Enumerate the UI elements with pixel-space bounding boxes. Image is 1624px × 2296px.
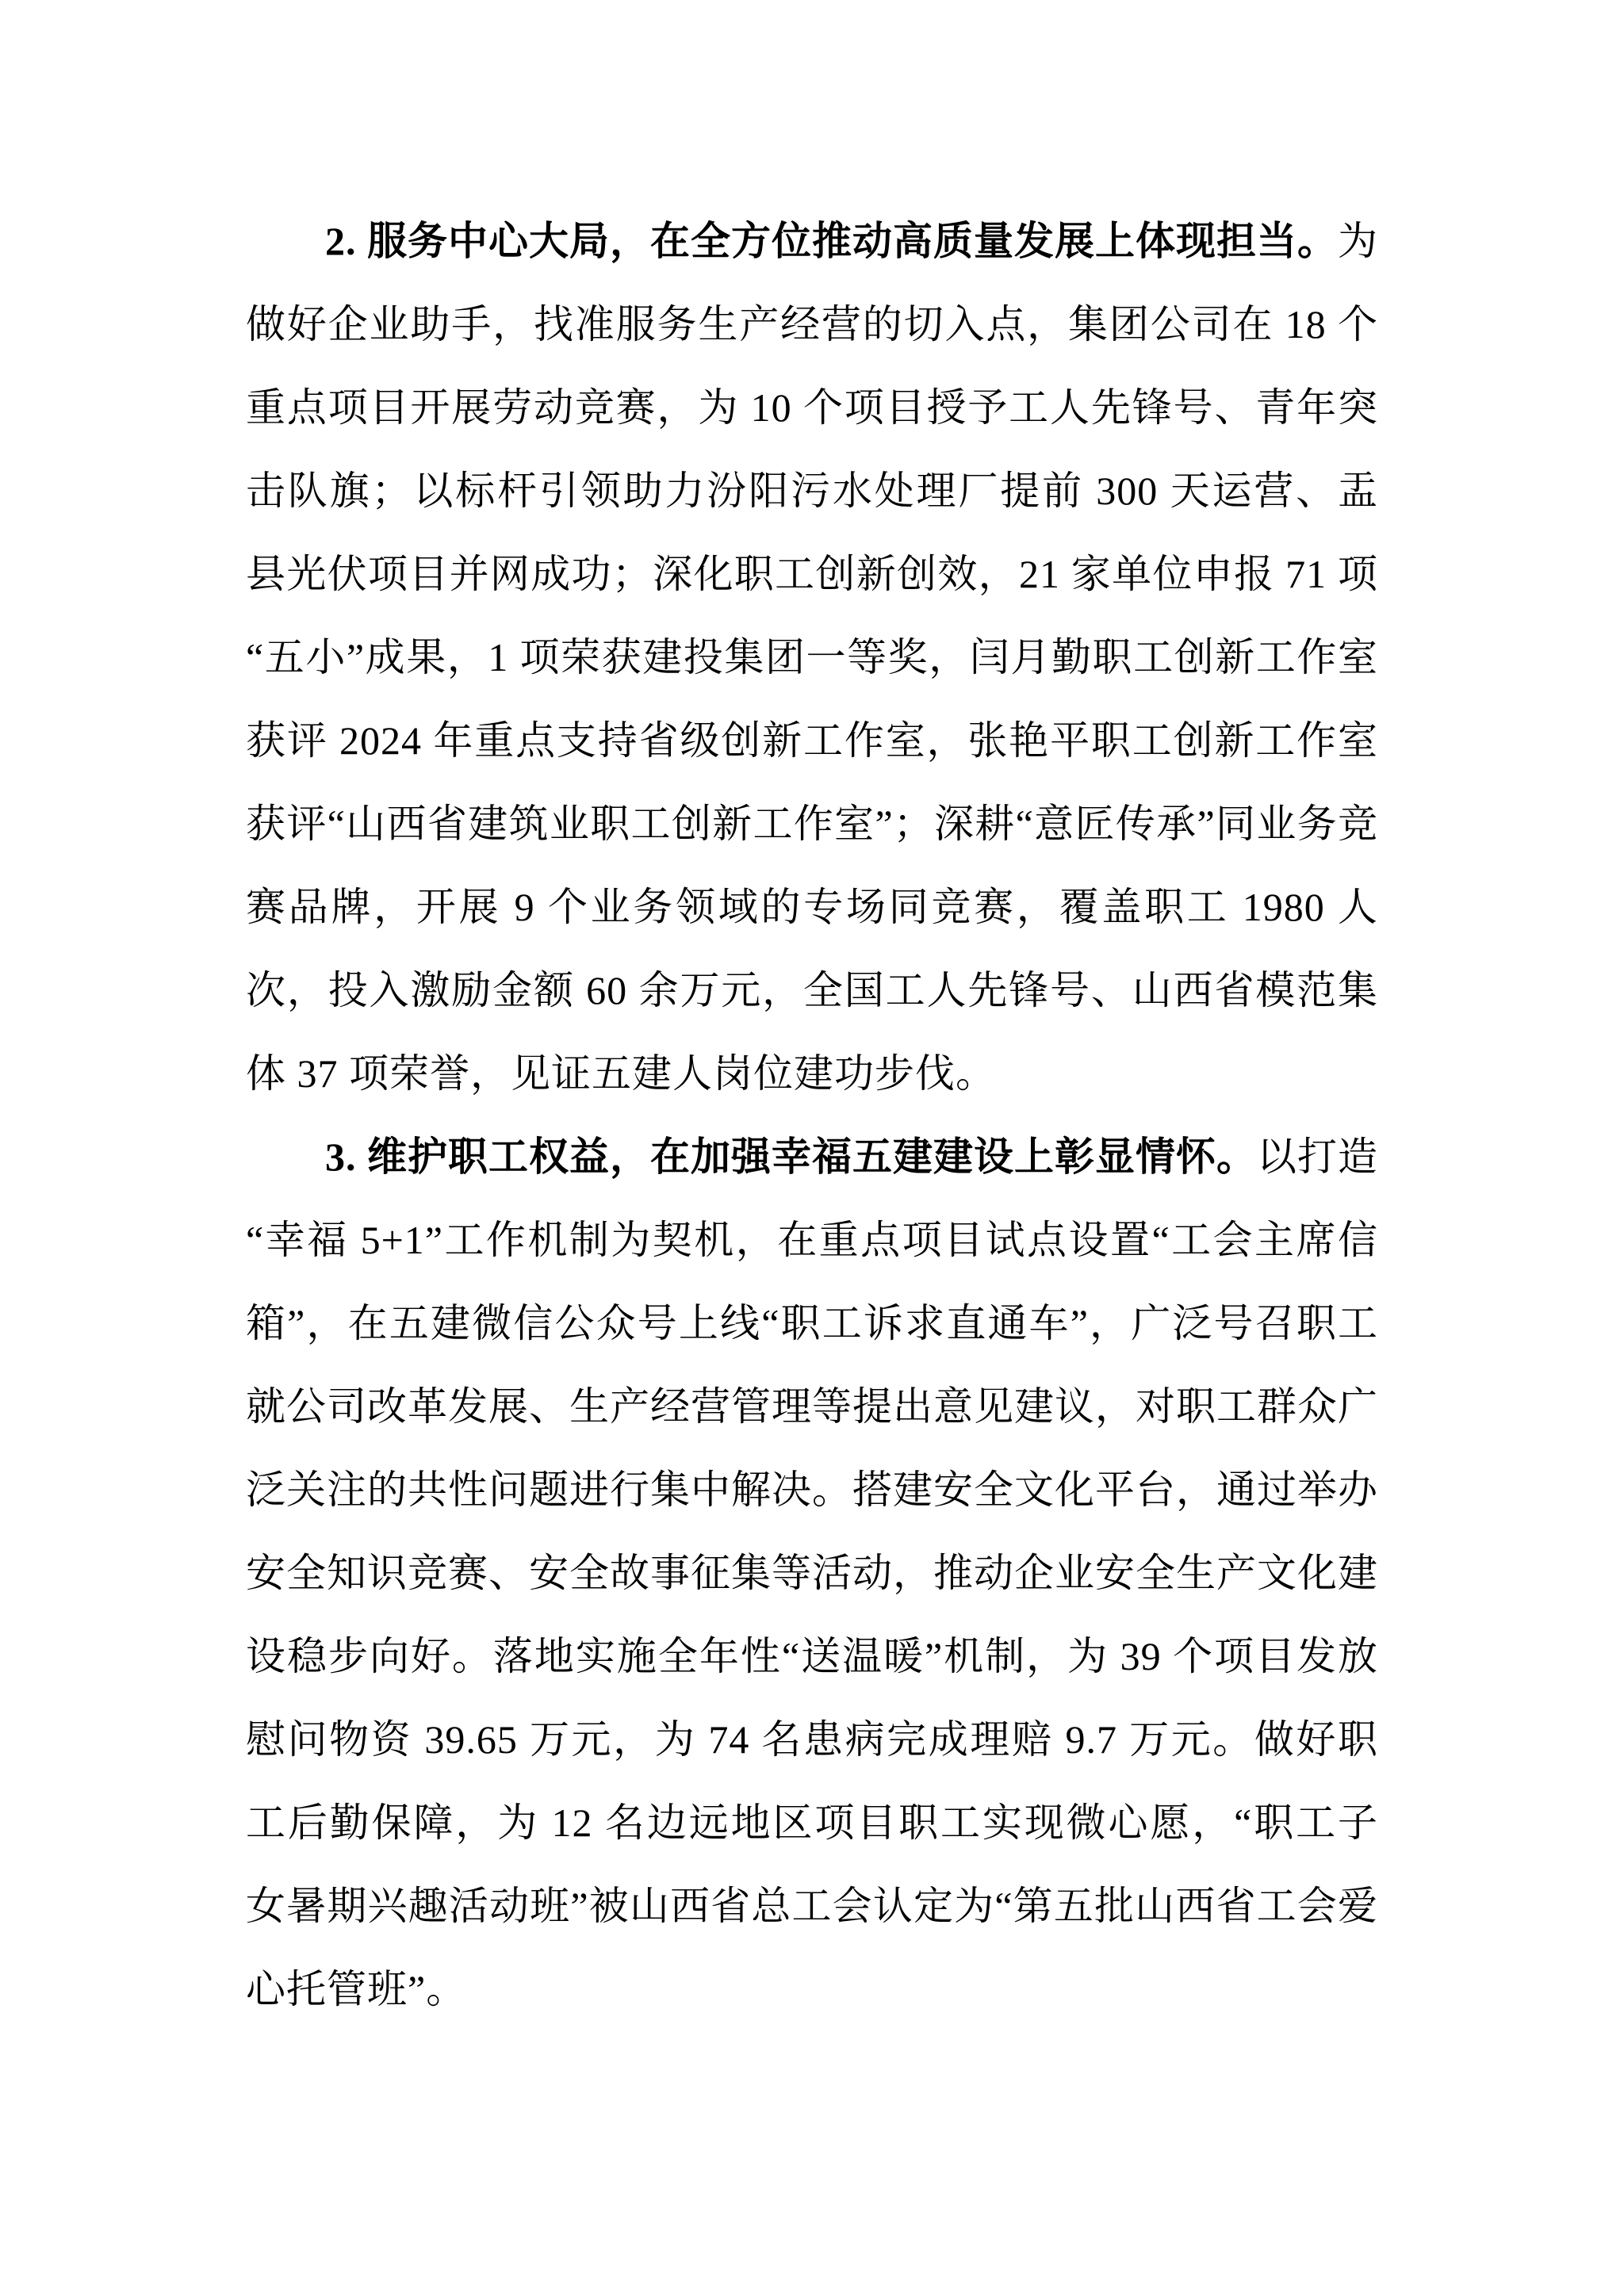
document-page: 2. 服务中心大局，在全方位推动高质量发展上体现担当。为做好企业助手，找准服务生… bbox=[0, 0, 1624, 2296]
paragraph-2-bold-heading: 2. 服务中心大局，在全方位推动高质量发展上体现担当。 bbox=[325, 219, 1338, 263]
paragraph-2: 2. 服务中心大局，在全方位推动高质量发展上体现担当。为做好企业助手，找准服务生… bbox=[246, 200, 1378, 1115]
paragraph-3-bold-heading: 3. 维护职工权益，在加强幸福五建建设上彰显情怀。 bbox=[325, 1135, 1257, 1179]
paragraph-2-body-text: 为做好企业助手，找准服务生产经营的切入点，集团公司在 18 个重点项目开展劳动竞… bbox=[246, 219, 1378, 1096]
paragraph-3-body-text: 以打造“幸福 5+1”工作机制为契机，在重点项目试点设置“工会主席信箱”，在五建… bbox=[246, 1135, 1378, 2011]
paragraph-3: 3. 维护职工权益，在加强幸福五建建设上彰显情怀。以打造“幸福 5+1”工作机制… bbox=[246, 1115, 1378, 2031]
